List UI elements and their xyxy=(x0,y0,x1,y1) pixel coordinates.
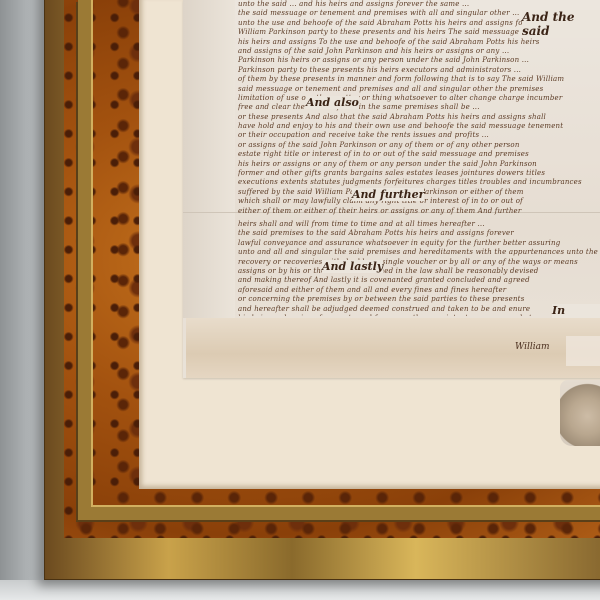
text-line: the said premises to the said Abraham Po… xyxy=(238,229,600,238)
heading-and-lastly: And lastly xyxy=(322,260,383,273)
text-line: either of them or either of their heirs … xyxy=(238,207,600,216)
heading-and-further: And further xyxy=(352,188,424,201)
heading-and-also: And also xyxy=(306,96,359,109)
text-line: Parkinson his heirs or assigns or any pe… xyxy=(238,56,600,65)
parchment-left-margin xyxy=(183,0,235,318)
text-line: or their occupation and receive take the… xyxy=(238,131,600,140)
text-line: unto and all and singular the said premi… xyxy=(238,248,600,257)
text-line: estate right title or interest of in to … xyxy=(238,150,600,159)
text-line: recovery or recoveries with double or si… xyxy=(238,258,600,267)
text-line: and assigns of the said John Parkinson a… xyxy=(238,47,600,56)
signature: William xyxy=(515,342,550,352)
text-line: free and clear the estate of him in the … xyxy=(238,103,600,112)
text-line: aforesaid and either of them and all and… xyxy=(238,286,600,295)
wax-seal-tag xyxy=(560,380,600,446)
text-line: limitation of use or other matter or thi… xyxy=(238,94,600,103)
text-line: Parkinson party to these presents his he… xyxy=(238,66,600,75)
wall-background xyxy=(0,580,600,600)
text-line: or concerning the premises by or between… xyxy=(238,295,600,304)
text-line: said messuage or tenement and premises a… xyxy=(238,85,600,94)
text-line: have hold and enjoy to his and their own… xyxy=(238,122,600,131)
text-line: and hereafter shall be adjudged deemed c… xyxy=(238,305,600,314)
text-line: or these presents And also that the said… xyxy=(238,113,600,122)
text-line: and making thereof And lastly it is cove… xyxy=(238,276,600,285)
text-line: former and other gifts grants bargains s… xyxy=(238,169,600,178)
text-line: unto the said ... and his heirs and assi… xyxy=(238,0,600,9)
seal-paper-patch xyxy=(566,336,600,366)
text-line: his heirs or assigns or any of them or a… xyxy=(238,160,600,169)
text-line: or assigns of the said John Parkinson or… xyxy=(238,141,600,150)
text-line: his heirs and assigns To the use and beh… xyxy=(238,38,600,47)
text-line: executions extents statutes judgments fo… xyxy=(238,178,600,187)
handwritten-text-block: unto the said ... and his heirs and assi… xyxy=(238,0,600,316)
text-line: lawful conveyance and assurance whatsoev… xyxy=(238,239,600,248)
text-line: heirs shall and will from time to time a… xyxy=(238,220,600,229)
text-line: his heirs and assigns forever to and for… xyxy=(238,314,600,316)
text-line: of them by these presents in manner and … xyxy=(238,75,600,84)
text-line: assigns or by his or their counsel learn… xyxy=(238,267,600,276)
heading-and-the-said: And the said xyxy=(522,10,600,38)
